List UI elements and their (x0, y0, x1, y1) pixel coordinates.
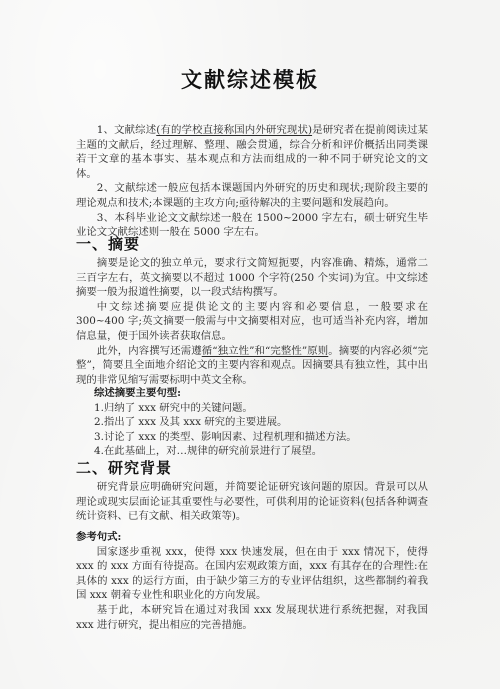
intro-paragraph-1: 1、文献综述(有的学校直接称国内外研究现状)是研究者在提前阅读过某主题的文献后，… (76, 123, 428, 181)
intro-paragraph-2: 2、文献综述一般应包括本课题国内外研究的历史和现状;现阶段主要的理论观点和技术;… (76, 181, 428, 210)
abstract-paragraph-1: 摘要是论文的独立单元，要求行文简短扼要，内容准确、精炼，通常二三百字左右，英文摘… (76, 256, 428, 300)
section-heading-abstract: 一、摘要 (76, 233, 140, 254)
abstract-3-lead: 此外，内容撰写还需遵 (97, 345, 202, 357)
reference-block: 参考句式: 国家逐步重视 xxx，使得 xxx 快速发展，但在由于 xxx 情况… (76, 530, 428, 632)
sentence-patterns-block: 综述摘要主要句型: 1.归纳了 xxx 研究中的关键问题。 2.指出了 xxx … (94, 386, 424, 459)
list-item: 2.指出了 xxx 及其 xxx 研究的主要进展。 (94, 415, 424, 430)
sentence-patterns-list: 1.归纳了 xxx 研究中的关键问题。 2.指出了 xxx 及其 xxx 研究的… (94, 401, 424, 459)
abstract-paragraph-3: 此外，内容撰写还需遵循“独立性”和“完整性”原则。摘要的内容必须“完整”，简要且… (76, 344, 428, 388)
abstract-block: 摘要是论文的独立单元，要求行文简短扼要，内容准确、精炼，通常二三百字左右，英文摘… (76, 256, 428, 387)
background-block: 研究背景应明确研究问题，并简要论证研究该问题的原因。背景可以从理论或现实层面论证… (76, 480, 428, 524)
section-heading-background: 二、研究背景 (76, 457, 172, 478)
reference-title: 参考句式: (76, 530, 428, 545)
document-page: 文献综述模板 1、文献综述(有的学校直接称国内外研究现状)是研究者在提前阅读过某… (0, 0, 500, 689)
abstract-3-underlined-principle: 循“独立性”和“完整性”原则 (202, 345, 329, 357)
document-title: 文献综述模板 (0, 64, 500, 94)
sentence-patterns-title: 综述摘要主要句型: (94, 386, 424, 401)
intro-1-underlined-note: (有的学校直接称国内外研究现状) (156, 124, 312, 136)
background-paragraph: 研究背景应明确研究问题，并简要论证研究该问题的原因。背景可以从理论或现实层面论证… (76, 480, 428, 524)
list-item: 1.归纳了 xxx 研究中的关键问题。 (94, 401, 424, 416)
abstract-paragraph-2: 中文综述摘要应提供论文的主要内容和必要信息，一般要求在 300~400 字;英文… (76, 300, 428, 344)
intro-block: 1、文献综述(有的学校直接称国内外研究现状)是研究者在提前阅读过某主题的文献后，… (76, 123, 428, 240)
list-item: 3.讨论了 xxx 的类型、影响因素、过程机理和描述方法。 (94, 430, 424, 445)
reference-paragraph-2: 基于此，本研究旨在通过对我国 xxx 发展现状进行系统把握，对我国 xxx 进行… (76, 603, 428, 632)
intro-1-lead: 1、文献综述 (97, 124, 156, 136)
reference-paragraph-1: 国家逐步重视 xxx，使得 xxx 快速发展，但在由于 xxx 情况下，使得 x… (76, 545, 428, 603)
